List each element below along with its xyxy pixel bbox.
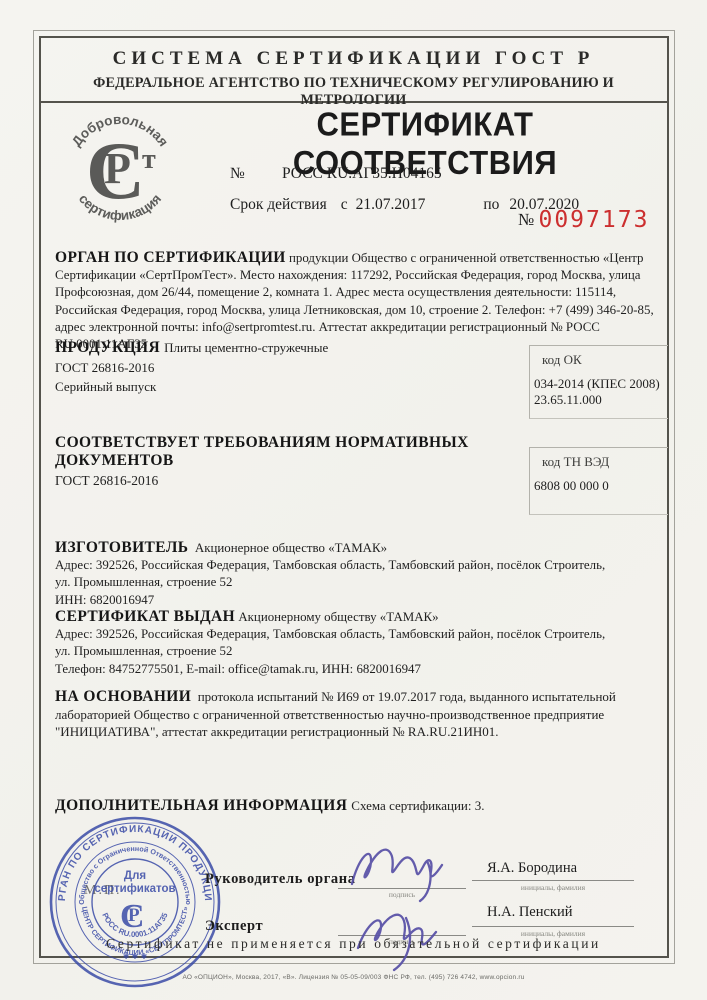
stamp-center-line1: Для (124, 870, 146, 882)
production-heading: ПРОДУКЦИЯ (55, 339, 160, 356)
code-ok-box: код ОК 034-2014 (КПЕС 2008) 23.65.11.000 (529, 345, 668, 419)
issued-to-address2: ул. Промышленная, строение 52 (55, 643, 657, 660)
rst-voluntary-certification-logo-icon: Добровольная сертификация С Р т (56, 106, 184, 234)
code-tnved-value: 6808 00 000 0 (530, 470, 668, 494)
manufacturer-section: ИЗГОТОВИТЕЛЬ Акционерное общество «ТАМАК… (55, 539, 657, 609)
code-ok-value2: 23.65.11.000 (534, 392, 668, 408)
conformity-heading: СООТВЕТСТВУЕТ ТРЕБОВАНИЯМ НОРМАТИВНЫХ ДО… (55, 434, 525, 470)
code-ok-label: код ОК (530, 346, 668, 368)
stamp-center-line2: сертификатов (94, 883, 175, 895)
print-house-imprint: АО «ОПЦИОН», Москва, 2017, «В». Лицензия… (0, 974, 707, 981)
conformity-section: СООТВЕТСТВУЕТ ТРЕБОВАНИЯМ НОРМАТИВНЫХ ДО… (55, 434, 525, 489)
production-serial: Серийный выпуск (55, 379, 525, 395)
manufacturer-inn: ИНН: 6820016947 (55, 592, 657, 609)
system-title: СИСТЕМА СЕРТИФИКАЦИИ ГОСТ Р (40, 48, 667, 70)
expert-label: Эксперт (205, 918, 263, 935)
registration-number-line: №РОСС RU.АГ35.Н04165 (230, 165, 442, 183)
certificate-header: СИСТЕМА СЕРТИФИКАЦИИ ГОСТ Р ФЕДЕРАЛЬНОЕ … (40, 37, 667, 103)
issued-to-contacts: Телефон: 84752775501, E-mail: office@tam… (55, 661, 657, 678)
stamp-stars: ✱ ✱ ✱ (123, 952, 148, 961)
registration-no-sign: № (230, 165, 282, 183)
logo-letter-p: Р (104, 144, 131, 193)
additional-info-heading: ДОПОЛНИТЕЛЬНАЯ ИНФОРМАЦИЯ (55, 797, 347, 814)
validity-label: Срок действия (230, 196, 327, 213)
additional-info-text: Схема сертификации: 3. (351, 798, 484, 813)
manufacturer-name: Акционерное общество «ТАМАК» (195, 541, 387, 555)
certification-body-section: ОРГАН ПО СЕРТИФИКАЦИИ продукции Общество… (55, 249, 657, 354)
manufacturer-heading: ИЗГОТОВИТЕЛЬ (55, 539, 188, 556)
issued-to-heading: СЕРТИФИКАТ ВЫДАН (55, 608, 235, 625)
code-ok-value1: 034-2014 (КПЕС 2008) (534, 376, 668, 392)
stamp-center-mark-p: Р (128, 905, 140, 926)
issued-to-section: СЕРТИФИКАТ ВЫДАН Акционерному обществу «… (55, 608, 657, 678)
code-tnved-label: код ТН ВЭД (530, 448, 668, 470)
manufacturer-address2: ул. Промышленная, строение 52 (55, 574, 657, 591)
basis-section: НА ОСНОВАНИИ протокола испытаний № И69 о… (55, 688, 659, 741)
head-name-text: Я.А. Бородина (487, 860, 577, 877)
issued-to-name: Акционерному обществу «ТАМАК» (238, 610, 438, 624)
validity-from-label: с (341, 196, 348, 213)
code-ok-values: 034-2014 (КПЕС 2008) 23.65.11.000 (530, 368, 668, 408)
certification-org-stamp: ОРГАН ПО СЕРТИФИКАЦИИ ПРОДУКЦИИ Общество… (46, 813, 224, 991)
basis-heading: НА ОСНОВАНИИ (55, 688, 191, 705)
head-signature-ink (352, 850, 442, 901)
agency-title: ФЕДЕРАЛЬНОЕ АГЕНТСТВО ПО ТЕХНИЧЕСКОМУ РЕ… (46, 75, 660, 109)
blank-no-sign: № (518, 210, 534, 229)
production-section: ПРОДУКЦИЯ Плиты цементно-стружечные ГОСТ… (55, 339, 525, 395)
manufacturer-address1: Адрес: 392526, Российская Федерация, Там… (55, 557, 657, 574)
certification-body-heading: ОРГАН ПО СЕРТИФИКАЦИИ (55, 249, 286, 266)
code-tnved-box: код ТН ВЭД 6808 00 000 0 (529, 447, 668, 515)
blank-number: 0097173 (538, 207, 649, 233)
validity-from-date: 21.07.2017 (356, 196, 426, 213)
footer-notice: Сертификат не применяется при обязательн… (40, 936, 667, 952)
production-gost: ГОСТ 26816-2016 (55, 360, 525, 376)
validity-to-label: по (483, 196, 499, 213)
registration-number: РОСС RU.АГ35.Н04165 (282, 165, 442, 182)
conformity-gost: ГОСТ 26816-2016 (55, 473, 525, 489)
blank-number-line: № 0097173 (518, 207, 649, 233)
production-name: Плиты цементно-стружечные (164, 340, 328, 355)
certificate-page: СИСТЕМА СЕРТИФИКАЦИИ ГОСТ Р ФЕДЕРАЛЬНОЕ … (0, 0, 707, 1000)
issued-to-address1: Адрес: 392526, Российская Федерация, Там… (55, 626, 657, 643)
logo-letter-t: т (142, 144, 156, 175)
